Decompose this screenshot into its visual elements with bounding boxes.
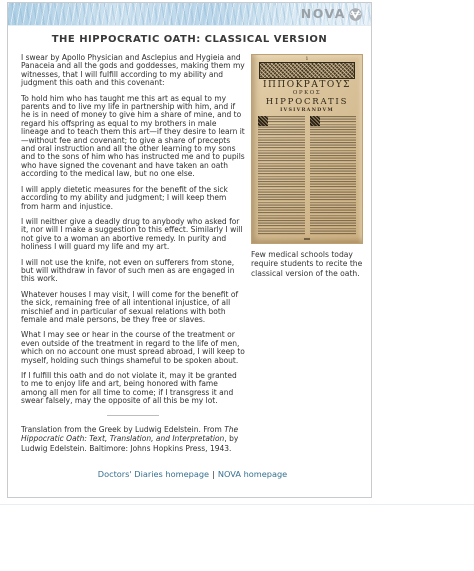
book-greek-subtitle: ΟΡΚΟΣ <box>252 90 362 96</box>
book-greek-title: ΙΠΠΟΚΡΑΤΟΥΣ <box>252 80 362 90</box>
oath-paragraph: I will neither give a deadly drug to any… <box>21 218 245 252</box>
citation-part-1: Translation from the Greek by Ludwig Ede… <box>21 425 224 434</box>
section-divider <box>107 415 159 416</box>
hippocratic-oath-page-image: 1 ΙΠΠΟΚΡΑΤΟΥΣ ΟΡΚΟΣ HIPPOCRATIS IVSIVRAN… <box>251 54 363 244</box>
book-latin-subtitle: IVSIVRANDVM <box>252 107 362 113</box>
content-frame: NOVA THE HIPPOCRATIC OATH: CLASSICAL VER… <box>7 2 372 498</box>
link-separator: | <box>212 469 215 479</box>
content-area: THE HIPPOCRATIC OATH: CLASSICAL VERSION … <box>8 26 371 497</box>
book-latin-title: HIPPOCRATIS <box>252 97 362 107</box>
image-caption: Few medical schools today require studen… <box>251 250 364 278</box>
oath-paragraph: I will not use the knife, not even on su… <box>21 259 245 284</box>
nova-logo: NOVA <box>301 3 362 25</box>
book-text-columns <box>258 116 356 235</box>
oath-paragraph: I swear by Apollo Physician and Asclepiu… <box>21 54 245 88</box>
oath-paragraph: To hold him who has taught me this art a… <box>21 95 245 179</box>
oath-paragraph: If I fulfill this oath and do not violat… <box>21 372 245 406</box>
oath-paragraph: Whatever houses I may visit, I will come… <box>21 291 245 325</box>
book-text-column-left <box>258 116 305 235</box>
citation-text: Translation from the Greek by Ludwig Ede… <box>21 425 245 454</box>
figure-column: 1 ΙΠΠΟΚΡΑΤΟΥΣ ΟΡΚΟΣ HIPPOCRATIS IVSIVRAN… <box>251 54 364 278</box>
doctors-diaries-homepage-link[interactable]: Doctors' Diaries homepage <box>98 469 209 479</box>
drop-cap-block <box>258 116 268 126</box>
nova-logo-text: NOVA <box>301 8 346 21</box>
page-title: THE HIPPOCRATIC OATH: CLASSICAL VERSION <box>21 34 358 45</box>
page-divider <box>0 504 474 505</box>
book-text-column-right <box>310 116 357 235</box>
nova-homepage-link[interactable]: NOVA homepage <box>218 469 287 479</box>
nova-banner: NOVA <box>8 3 371 26</box>
nova-globe-icon <box>349 8 362 21</box>
book-end-ornament <box>304 238 310 240</box>
oath-paragraph: What I may see or hear in the course of … <box>21 331 245 365</box>
woodcut-ornament <box>259 62 355 79</box>
oath-paragraph: I will apply dietetic measures for the b… <box>21 186 245 211</box>
main-row: I swear by Apollo Physician and Asclepiu… <box>21 54 364 453</box>
footer-links: Doctors' Diaries homepage|NOVA homepage <box>21 469 364 479</box>
oath-text-column: I swear by Apollo Physician and Asclepiu… <box>21 54 245 453</box>
drop-cap-block <box>310 116 320 126</box>
page: NOVA THE HIPPOCRATIC OATH: CLASSICAL VER… <box>0 0 474 571</box>
